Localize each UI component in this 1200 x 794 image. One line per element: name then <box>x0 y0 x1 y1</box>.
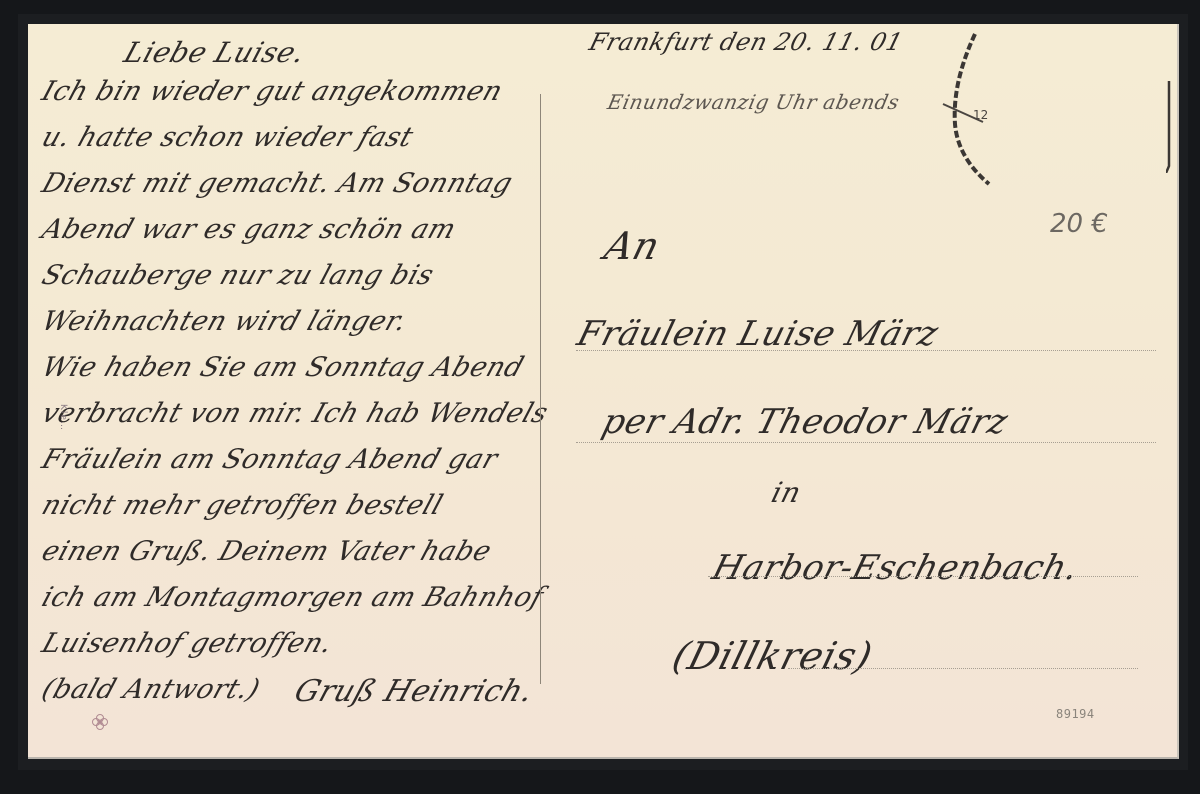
message-line: einen Gruß. Deinem Vater habe <box>38 536 496 567</box>
pencil-price-note: 20 € <box>1050 209 1108 239</box>
svg-text:12: 12 <box>973 108 988 122</box>
address-guide-line <box>576 442 1156 443</box>
message-line: nicht mehr getroffen bestell <box>38 490 447 521</box>
message-line: Dienst mit gemacht. Am Sonntag <box>38 168 517 199</box>
message-line: verbracht von mir. Ich hab Wendels <box>38 398 552 429</box>
message-line: u. hatte schon wieder fast <box>38 122 417 153</box>
message-line: (bald Antwort.) <box>38 674 264 705</box>
postmark-edge-icon <box>1166 81 1172 173</box>
address-guide-line <box>576 350 1156 351</box>
address-line: Harbor-Eschenbach. <box>708 548 1083 588</box>
message-line: Fräulein am Sonntag Abend gar <box>38 444 502 475</box>
postmark-icon: 12 <box>923 24 1003 189</box>
publisher-logo-icon <box>90 712 110 732</box>
signature: Gruß Heinrich. <box>290 674 538 709</box>
address-line: An <box>600 224 665 268</box>
address-line: Fräulein Luise März <box>573 314 943 354</box>
place-date: Frankfurt den 20. 11. 01 <box>586 28 906 56</box>
message-line: Schauberge nur zu lang bis <box>38 260 438 291</box>
message-line: ich am Montagmorgen am Bahnhof <box>38 582 547 613</box>
address-line: in <box>768 476 805 509</box>
address-line: per Adr. Theodor März <box>598 402 1012 442</box>
message-line: Luisenhof getroffen. <box>38 628 337 659</box>
card-divider <box>540 94 541 684</box>
postcard: Liebe Luise. Ich bin wieder gut angekomm… <box>28 24 1179 759</box>
address-line: (Dillkreis) <box>668 634 877 678</box>
publisher-imprint: Kle… <box>58 404 68 431</box>
message-line: Weihnachten wird länger. <box>38 306 411 337</box>
address-guide-line <box>788 668 1138 669</box>
salutation: Liebe Luise. <box>120 36 310 69</box>
time-note: Einundzwanzig Uhr abends <box>605 90 901 114</box>
message-line: Ich bin wieder gut angekommen <box>38 76 507 107</box>
message-line: Abend war es ganz schön am <box>38 214 460 245</box>
address-guide-line <box>708 576 1138 577</box>
card-number: 89194 <box>1056 707 1095 721</box>
message-line: Wie haben Sie am Sonntag Abend <box>38 352 528 383</box>
